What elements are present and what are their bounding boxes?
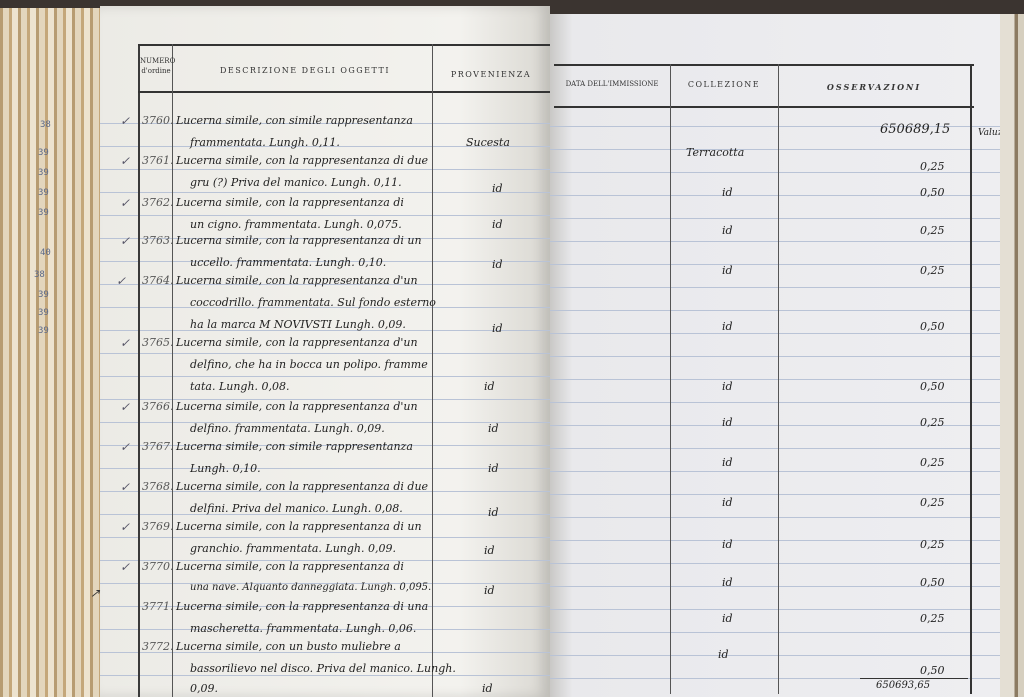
osservazioni-value: 0,25 [920, 416, 945, 429]
provenienza-value: id [488, 506, 499, 519]
header-bottom-rule [554, 106, 974, 108]
entry-number: 3766. [142, 400, 174, 413]
entry-number: 3760. [142, 114, 174, 127]
collezione-value: id [722, 416, 733, 429]
header-osservazioni: OSSERVAZIONI [780, 82, 968, 92]
entry-line: Lucerna simile, con la rappresentanza di… [176, 234, 422, 247]
edge-number: 38 [40, 120, 51, 130]
entry-line: tata. Lungh. 0,08. [190, 380, 290, 393]
collezione-value: id [722, 456, 733, 469]
check-mark: ✓ [120, 440, 130, 455]
collezione-value: id [722, 186, 733, 199]
osservazioni-value: 0,25 [920, 538, 945, 551]
entry-number: 3763. [142, 234, 174, 247]
provenienza-value: id [488, 422, 499, 435]
provenienza-value: id [482, 682, 493, 695]
header-provenienza: PROVENIENZA [435, 70, 547, 79]
header-data: DATA DELL'IMMISSIONE [556, 80, 668, 88]
collezione-value: id [722, 380, 733, 393]
header-top-rule [554, 64, 974, 66]
entry-line: delfino. frammentata. Lungh. 0,09. [190, 422, 385, 435]
header-bottom-rule [138, 91, 550, 93]
entry-number: 3764. [142, 274, 174, 287]
entry-number: 3761. [142, 154, 174, 167]
osservazioni-value: 0,25 [920, 456, 945, 469]
entry-line: Lucerna simile, con la rappresentanza di… [176, 600, 428, 613]
entry-line: frammentata. Lungh. 0,11. [190, 136, 340, 149]
edge-number: 39 [38, 308, 49, 318]
provenienza-value: id [484, 380, 495, 393]
entry-line: 0,09. [190, 682, 218, 695]
header-top-rule [138, 44, 550, 46]
entry-line: granchio. frammentata. Lungh. 0,09. [190, 542, 396, 555]
osservazioni-value: 0,50 [920, 320, 945, 333]
collezione-value: id [722, 320, 733, 333]
check-mark: ✓ [120, 114, 130, 129]
entry-line: Lucerna simile, con la rappresentanza di… [176, 480, 428, 493]
entry-line: Lucerna simile, con la rappresentanza di [176, 560, 404, 573]
right-page: DATA DELL'IMMISSIONE COLLEZIONE OSSERVAZ… [550, 14, 1000, 697]
provenienza-value: id [492, 182, 503, 195]
provenienza-value: id [488, 462, 499, 475]
entry-line: Lucerna simile, con la rappresentanza di… [176, 154, 428, 167]
provenienza-value: id [484, 584, 495, 597]
header-numero: NUMERO d'ordine [140, 56, 172, 76]
edge-number: 40 [40, 248, 51, 258]
entry-line: bassorilievo nel disco. Priva del manico… [190, 662, 456, 675]
entry-line: Lucerna simile, con la rappresentanza di [176, 196, 404, 209]
provenienza-value: id [484, 544, 495, 557]
arrow-mark: ↗ [90, 586, 100, 601]
header-collezione: COLLEZIONE [672, 80, 776, 89]
entry-number: 3765. [142, 336, 174, 349]
entry-line: Lucerna simile, con la rappresentanza d'… [176, 336, 418, 349]
column-divider [432, 44, 433, 697]
provenienza-value: id [492, 218, 503, 231]
entry-line: Lucerna simile, con simile rappresentanz… [176, 440, 413, 453]
entry-number: 3762. [142, 196, 174, 209]
collezione-value: id [718, 648, 729, 661]
check-mark: ✓ [120, 336, 130, 351]
provenienza-value: id [492, 258, 503, 271]
edge-number: 39 [38, 168, 49, 178]
edge-number: 39 [38, 188, 49, 198]
edge-number: 39 [38, 326, 49, 336]
edge-number: 39 [38, 290, 49, 300]
entry-number: 3772. [142, 640, 174, 653]
collezione-value: id [722, 538, 733, 551]
osservazioni-value: 0,50 [920, 380, 945, 393]
osservazioni-value: 0,25 [920, 224, 945, 237]
check-mark: ✓ [120, 234, 130, 249]
entry-line: coccodrillo. frammentata. Sul fondo este… [190, 296, 436, 309]
edge-number: 39 [38, 208, 49, 218]
entry-line: Lucerna simile, con la rappresentanza di… [176, 520, 422, 533]
edge-number: 38 [34, 270, 45, 280]
collezione-value: id [722, 612, 733, 625]
entry-line: gru (?) Priva del manico. Lungh. 0,11. [190, 176, 402, 189]
check-mark: ✓ [120, 400, 130, 415]
osservazioni-value: 0,25 [920, 612, 945, 625]
collezione-value: id [722, 496, 733, 509]
entry-line: Lungh. 0,10. [190, 462, 261, 475]
column-divider [970, 64, 972, 694]
osservazioni-value: 0,50 [920, 664, 945, 677]
entry-number: 3768. [142, 480, 174, 493]
edge-number: 39 [38, 148, 49, 158]
provenienza-value: id [492, 322, 503, 335]
osservazioni-value: 0,25 [920, 496, 945, 509]
entry-line: delfino, che ha in bocca un polipo. fram… [190, 358, 428, 371]
check-mark: ✓ [120, 196, 130, 211]
entry-number: 3770. [142, 560, 174, 573]
header-descrizione: DESCRIZIONE DEGLI OGGETTI [180, 66, 430, 75]
check-mark: ✓ [116, 274, 126, 289]
entry-line: Lucerna simile, con la rappresentanza d'… [176, 400, 418, 413]
entry-line: Lucerna simile, con un busto muliebre a [176, 640, 401, 653]
entry-line: uccello. frammentata. Lungh. 0,10. [190, 256, 386, 269]
entry-line: mascheretta. frammentata. Lungh. 0,06. [190, 622, 416, 635]
entry-line: una nave. Alquanto danneggiata. Lungh. 0… [190, 582, 431, 593]
entry-number: 3769. [142, 520, 174, 533]
check-mark: ✓ [120, 520, 130, 535]
entry-line: Lucerna simile, con la rappresentanza d'… [176, 274, 418, 287]
sum-rule [860, 678, 968, 679]
collezione-value: id [722, 264, 733, 277]
osservazioni-value: 0,50 [920, 186, 945, 199]
check-mark: ✓ [120, 480, 130, 495]
right-page-edges [1000, 14, 1024, 697]
collezione-value: id [722, 576, 733, 589]
collezione-value: Terracotta [686, 146, 744, 159]
column-divider [670, 64, 671, 694]
collezione-value: id [722, 224, 733, 237]
margin-note: Valuz [978, 128, 1002, 138]
osservazioni-value: 0,25 [920, 160, 945, 173]
osservazioni-value: 0,25 [920, 264, 945, 277]
final-total: 650693,65 [876, 680, 930, 691]
entry-line: ha la marca M NOVIVSTI Lungh. 0,09. [190, 318, 406, 331]
osservazioni-value: 0,50 [920, 576, 945, 589]
entry-number: 3771. [142, 600, 174, 613]
left-page: NUMERO d'ordine DESCRIZIONE DEGLI OGGETT… [100, 6, 550, 697]
entry-number: 3767. [142, 440, 174, 453]
check-mark: ✓ [120, 560, 130, 575]
entry-line: delfini. Priva del manico. Lungh. 0,08. [190, 502, 403, 515]
entry-line: un cigno. frammentata. Lungh. 0,075. [190, 218, 402, 231]
provenienza-value: Sucesta [466, 136, 510, 149]
entry-line: Lucerna simile, con simile rappresentanz… [176, 114, 413, 127]
check-mark: ✓ [120, 154, 130, 169]
carried-total: 650689,15 [880, 122, 950, 137]
column-divider [778, 64, 779, 694]
